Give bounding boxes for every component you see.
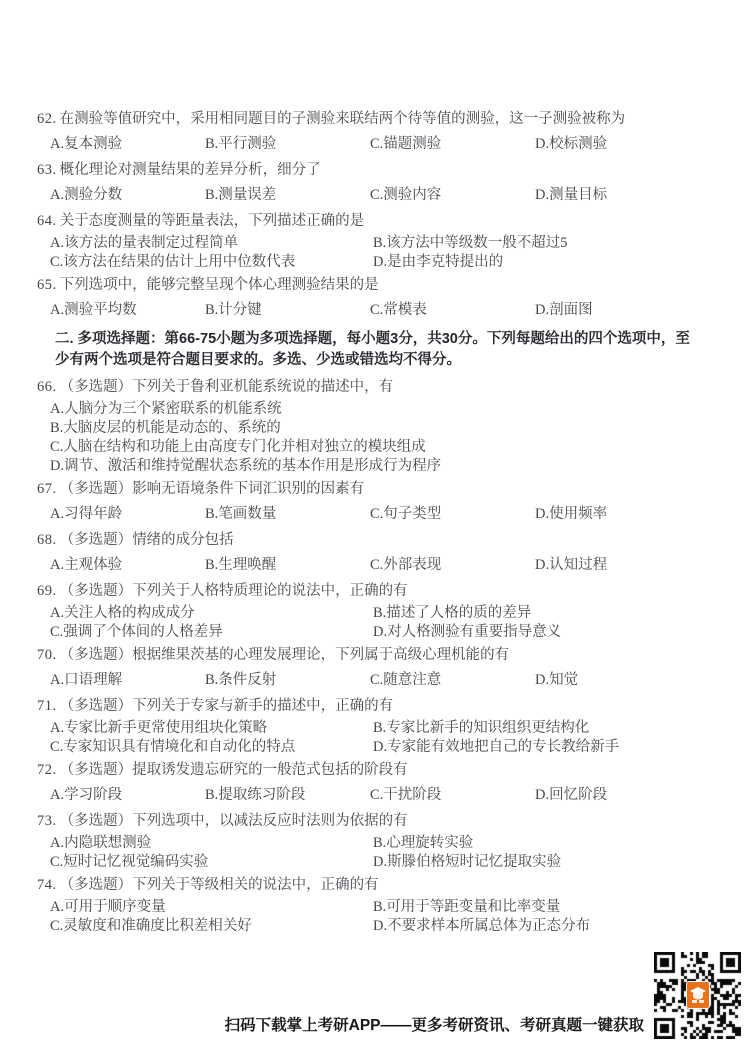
question-stem: 63.概化理论对测量结果的差异分析，细分了 — [37, 158, 719, 183]
question-number: 69. — [37, 583, 57, 599]
question-74: 74.（多选题）下列关于等级相关的说法中，正确的有A.可用于顺序变量B.可用于等… — [37, 873, 719, 936]
option: B.该方法中等级数一般不超过5 — [373, 234, 719, 253]
footer-text: 扫码下载掌上考研APP——更多考研资讯、考研真题一键获取 — [225, 1013, 644, 1035]
option-list: A.该方法的量表制定过程简单B.该方法中等级数一般不超过5C.该方法在结果的估计… — [50, 234, 719, 272]
question-number: 64. — [37, 213, 57, 229]
option: B.心理旋转实验 — [373, 834, 719, 853]
option: D.斯滕伯格短时记忆提取实验 — [373, 853, 719, 872]
option: C.测验内容 — [370, 183, 535, 208]
option-list: A.复本测验B.平行测验C.锚题测验D.校标测验 — [50, 132, 719, 157]
question-73: 73.（多选题）下列选项中，以减法反应时法则为依据的有A.内隐联想测验B.心理旋… — [37, 809, 719, 872]
option: A.该方法的量表制定过程简单 — [50, 234, 373, 253]
question-stem: 66.（多选题）下列关于鲁利亚机能系统说的描述中，有 — [37, 375, 719, 400]
question-number: 67. — [37, 481, 57, 497]
question-62: 62.在测验等值研究中，采用相同题目的子测验来联结两个待等值的测验，这一子测验被… — [37, 107, 719, 157]
question-71: 71.（多选题）下列关于专家与新手的描述中，正确的有A.专家比新手更常使用组块化… — [37, 694, 719, 757]
question-type-tag: （多选题） — [60, 647, 133, 663]
option-list: A.内隐联想测验B.心理旋转实验C.短时记忆视觉编码实验D.斯滕伯格短时记忆提取… — [50, 834, 719, 872]
question-type-tag: （多选题） — [60, 813, 133, 829]
question-stem: 64.关于态度测量的等距量表法，下列描述正确的是 — [37, 209, 719, 234]
qr-code — [654, 952, 741, 1039]
question-70: 70.（多选题）根据维果茨基的心理发展理论，下列属于高级心理机能的有A.口语理解… — [37, 643, 719, 693]
app-logo-icon — [686, 981, 710, 1009]
option: C.干扰阶段 — [370, 783, 535, 808]
question-69: 69.（多选题）下列关于人格特质理论的说法中，正确的有A.关注人格的构成成分B.… — [37, 579, 719, 642]
question-stem: 62.在测验等值研究中，采用相同题目的子测验来联结两个待等值的测验，这一子测验被… — [37, 107, 719, 132]
question-68: 68.（多选题）情绪的成分包括A.主观体验B.生理唤醒C.外部表现D.认知过程 — [37, 528, 719, 578]
option: D.知觉 — [535, 668, 719, 693]
option: A.人脑分为三个紧密联系的机能系统 — [50, 400, 719, 419]
option: C.随意注意 — [370, 668, 535, 693]
question-number: 68. — [37, 532, 57, 548]
option: A.习得年龄 — [50, 502, 205, 527]
question-number: 72. — [37, 762, 57, 778]
option: C.专家知识具有情境化和自动化的特点 — [50, 738, 373, 757]
question-stem: 73.（多选题）下列选项中，以减法反应时法则为依据的有 — [37, 809, 719, 834]
option: D.调节、激活和维持觉醒状态系统的基本作用是形成行为程序 — [50, 457, 719, 476]
option: D.不要求样本所属总体为正态分布 — [373, 917, 719, 936]
option-list: A.主观体验B.生理唤醒C.外部表现D.认知过程 — [50, 553, 719, 578]
question-type-tag: （多选题） — [60, 698, 133, 714]
question-number: 73. — [37, 813, 57, 829]
option: D.对人格测验有重要指导意义 — [373, 623, 719, 642]
option-list: A.专家比新手更常使用组块化策略B.专家比新手的知识组织更结构化C.专家知识具有… — [50, 719, 719, 757]
question-type-tag: （多选题） — [60, 379, 133, 395]
option: B.测量误差 — [205, 183, 370, 208]
option: B.笔画数量 — [205, 502, 370, 527]
option: D.回忆阶段 — [535, 783, 719, 808]
question-number: 63. — [37, 162, 57, 178]
option-list: A.测验分数B.测量误差C.测验内容D.测量目标 — [50, 183, 719, 208]
question-number: 66. — [37, 379, 57, 395]
option-list: A.人脑分为三个紧密联系的机能系统B.大脑皮层的机能是动态的、系统的C.人脑在结… — [50, 400, 719, 476]
option: C.常模表 — [370, 298, 535, 323]
option: C.灵敏度和准确度比积差相关好 — [50, 917, 373, 936]
option-list: A.口语理解B.条件反射C.随意注意D.知觉 — [50, 668, 719, 693]
option: D.校标测验 — [535, 132, 719, 157]
option: C.锚题测验 — [370, 132, 535, 157]
question-65: 65.下列选项中，能够完整呈现个体心理测验结果的是A.测验平均数B.计分键C.常… — [37, 273, 719, 323]
option: C.该方法在结果的估计上用中位数代表 — [50, 253, 373, 272]
question-stem: 72.（多选题）提取诱发遗忘研究的一般范式包括的阶段有 — [37, 758, 719, 783]
question-type-tag: （多选题） — [60, 762, 133, 778]
question-stem: 70.（多选题）根据维果茨基的心理发展理论，下列属于高级心理机能的有 — [37, 643, 719, 668]
question-type-tag: （多选题） — [60, 532, 133, 548]
option-list: A.关注人格的构成成分B.描述了人格的质的差异C.强调了个体间的人格差异D.对人… — [50, 604, 719, 642]
question-stem: 68.（多选题）情绪的成分包括 — [37, 528, 719, 553]
question-number: 62. — [37, 111, 57, 127]
option: A.内隐联想测验 — [50, 834, 373, 853]
question-stem: 71.（多选题）下列关于专家与新手的描述中，正确的有 — [37, 694, 719, 719]
option: B.可用于等距变量和比率变量 — [373, 898, 719, 917]
question-67: 67.（多选题）影响无语境条件下词汇识别的因素有A.习得年龄B.笔画数量C.句子… — [37, 477, 719, 527]
question-type-tag: （多选题） — [60, 877, 133, 893]
question-area: 62.在测验等值研究中，采用相同题目的子测验来联结两个待等值的测验，这一子测验被… — [37, 107, 719, 937]
question-number: 70. — [37, 647, 57, 663]
option-list: A.学习阶段B.提取练习阶段C.干扰阶段D.回忆阶段 — [50, 783, 719, 808]
option: C.人脑在结构和功能上由高度专门化并相对独立的模块组成 — [50, 438, 719, 457]
option: A.复本测验 — [50, 132, 205, 157]
option: A.测验平均数 — [50, 298, 205, 323]
option: B.专家比新手的知识组织更结构化 — [373, 719, 719, 738]
option: C.外部表现 — [370, 553, 535, 578]
option: D.专家能有效地把自己的专长教给新手 — [373, 738, 719, 757]
option: D.认知过程 — [535, 553, 719, 578]
option: A.关注人格的构成成分 — [50, 604, 373, 623]
section-header: 二. 多项选择题：第66-75小题为多项选择题，每小题3分，共30分。下列每题给… — [55, 329, 703, 371]
option: B.描述了人格的质的差异 — [373, 604, 719, 623]
option: A.专家比新手更常使用组块化策略 — [50, 719, 373, 738]
option: D.剖面图 — [535, 298, 719, 323]
option: D.使用频率 — [535, 502, 719, 527]
option: A.主观体验 — [50, 553, 205, 578]
option: B.大脑皮层的机能是动态的、系统的 — [50, 419, 719, 438]
option: A.测验分数 — [50, 183, 205, 208]
question-63: 63.概化理论对测量结果的差异分析，细分了A.测验分数B.测量误差C.测验内容D… — [37, 158, 719, 208]
option: A.口语理解 — [50, 668, 205, 693]
option: B.生理唤醒 — [205, 553, 370, 578]
question-66: 66.（多选题）下列关于鲁利亚机能系统说的描述中，有A.人脑分为三个紧密联系的机… — [37, 375, 719, 476]
question-stem: 69.（多选题）下列关于人格特质理论的说法中，正确的有 — [37, 579, 719, 604]
option: B.提取练习阶段 — [205, 783, 370, 808]
option: D.测量目标 — [535, 183, 719, 208]
question-type-tag: （多选题） — [60, 481, 133, 497]
question-number: 65. — [37, 277, 57, 293]
question-stem: 67.（多选题）影响无语境条件下词汇识别的因素有 — [37, 477, 719, 502]
option-list: A.测验平均数B.计分键C.常模表D.剖面图 — [50, 298, 719, 323]
question-stem: 65.下列选项中，能够完整呈现个体心理测验结果的是 — [37, 273, 719, 298]
option: B.计分键 — [205, 298, 370, 323]
question-type-tag: （多选题） — [60, 583, 133, 599]
option-list: A.习得年龄B.笔画数量C.句子类型D.使用频率 — [50, 502, 719, 527]
option: B.条件反射 — [205, 668, 370, 693]
option: C.强调了个体间的人格差异 — [50, 623, 373, 642]
option: A.可用于顺序变量 — [50, 898, 373, 917]
option: A.学习阶段 — [50, 783, 205, 808]
option: C.句子类型 — [370, 502, 535, 527]
option: B.平行测验 — [205, 132, 370, 157]
option: D.是由李克特提出的 — [373, 253, 719, 272]
question-number: 71. — [37, 698, 57, 714]
question-number: 74. — [37, 877, 57, 893]
question-72: 72.（多选题）提取诱发遗忘研究的一般范式包括的阶段有A.学习阶段B.提取练习阶… — [37, 758, 719, 808]
option-list: A.可用于顺序变量B.可用于等距变量和比率变量C.灵敏度和准确度比积差相关好D.… — [50, 898, 719, 936]
question-stem: 74.（多选题）下列关于等级相关的说法中，正确的有 — [37, 873, 719, 898]
option: C.短时记忆视觉编码实验 — [50, 853, 373, 872]
question-64: 64.关于态度测量的等距量表法，下列描述正确的是A.该方法的量表制定过程简单B.… — [37, 209, 719, 272]
